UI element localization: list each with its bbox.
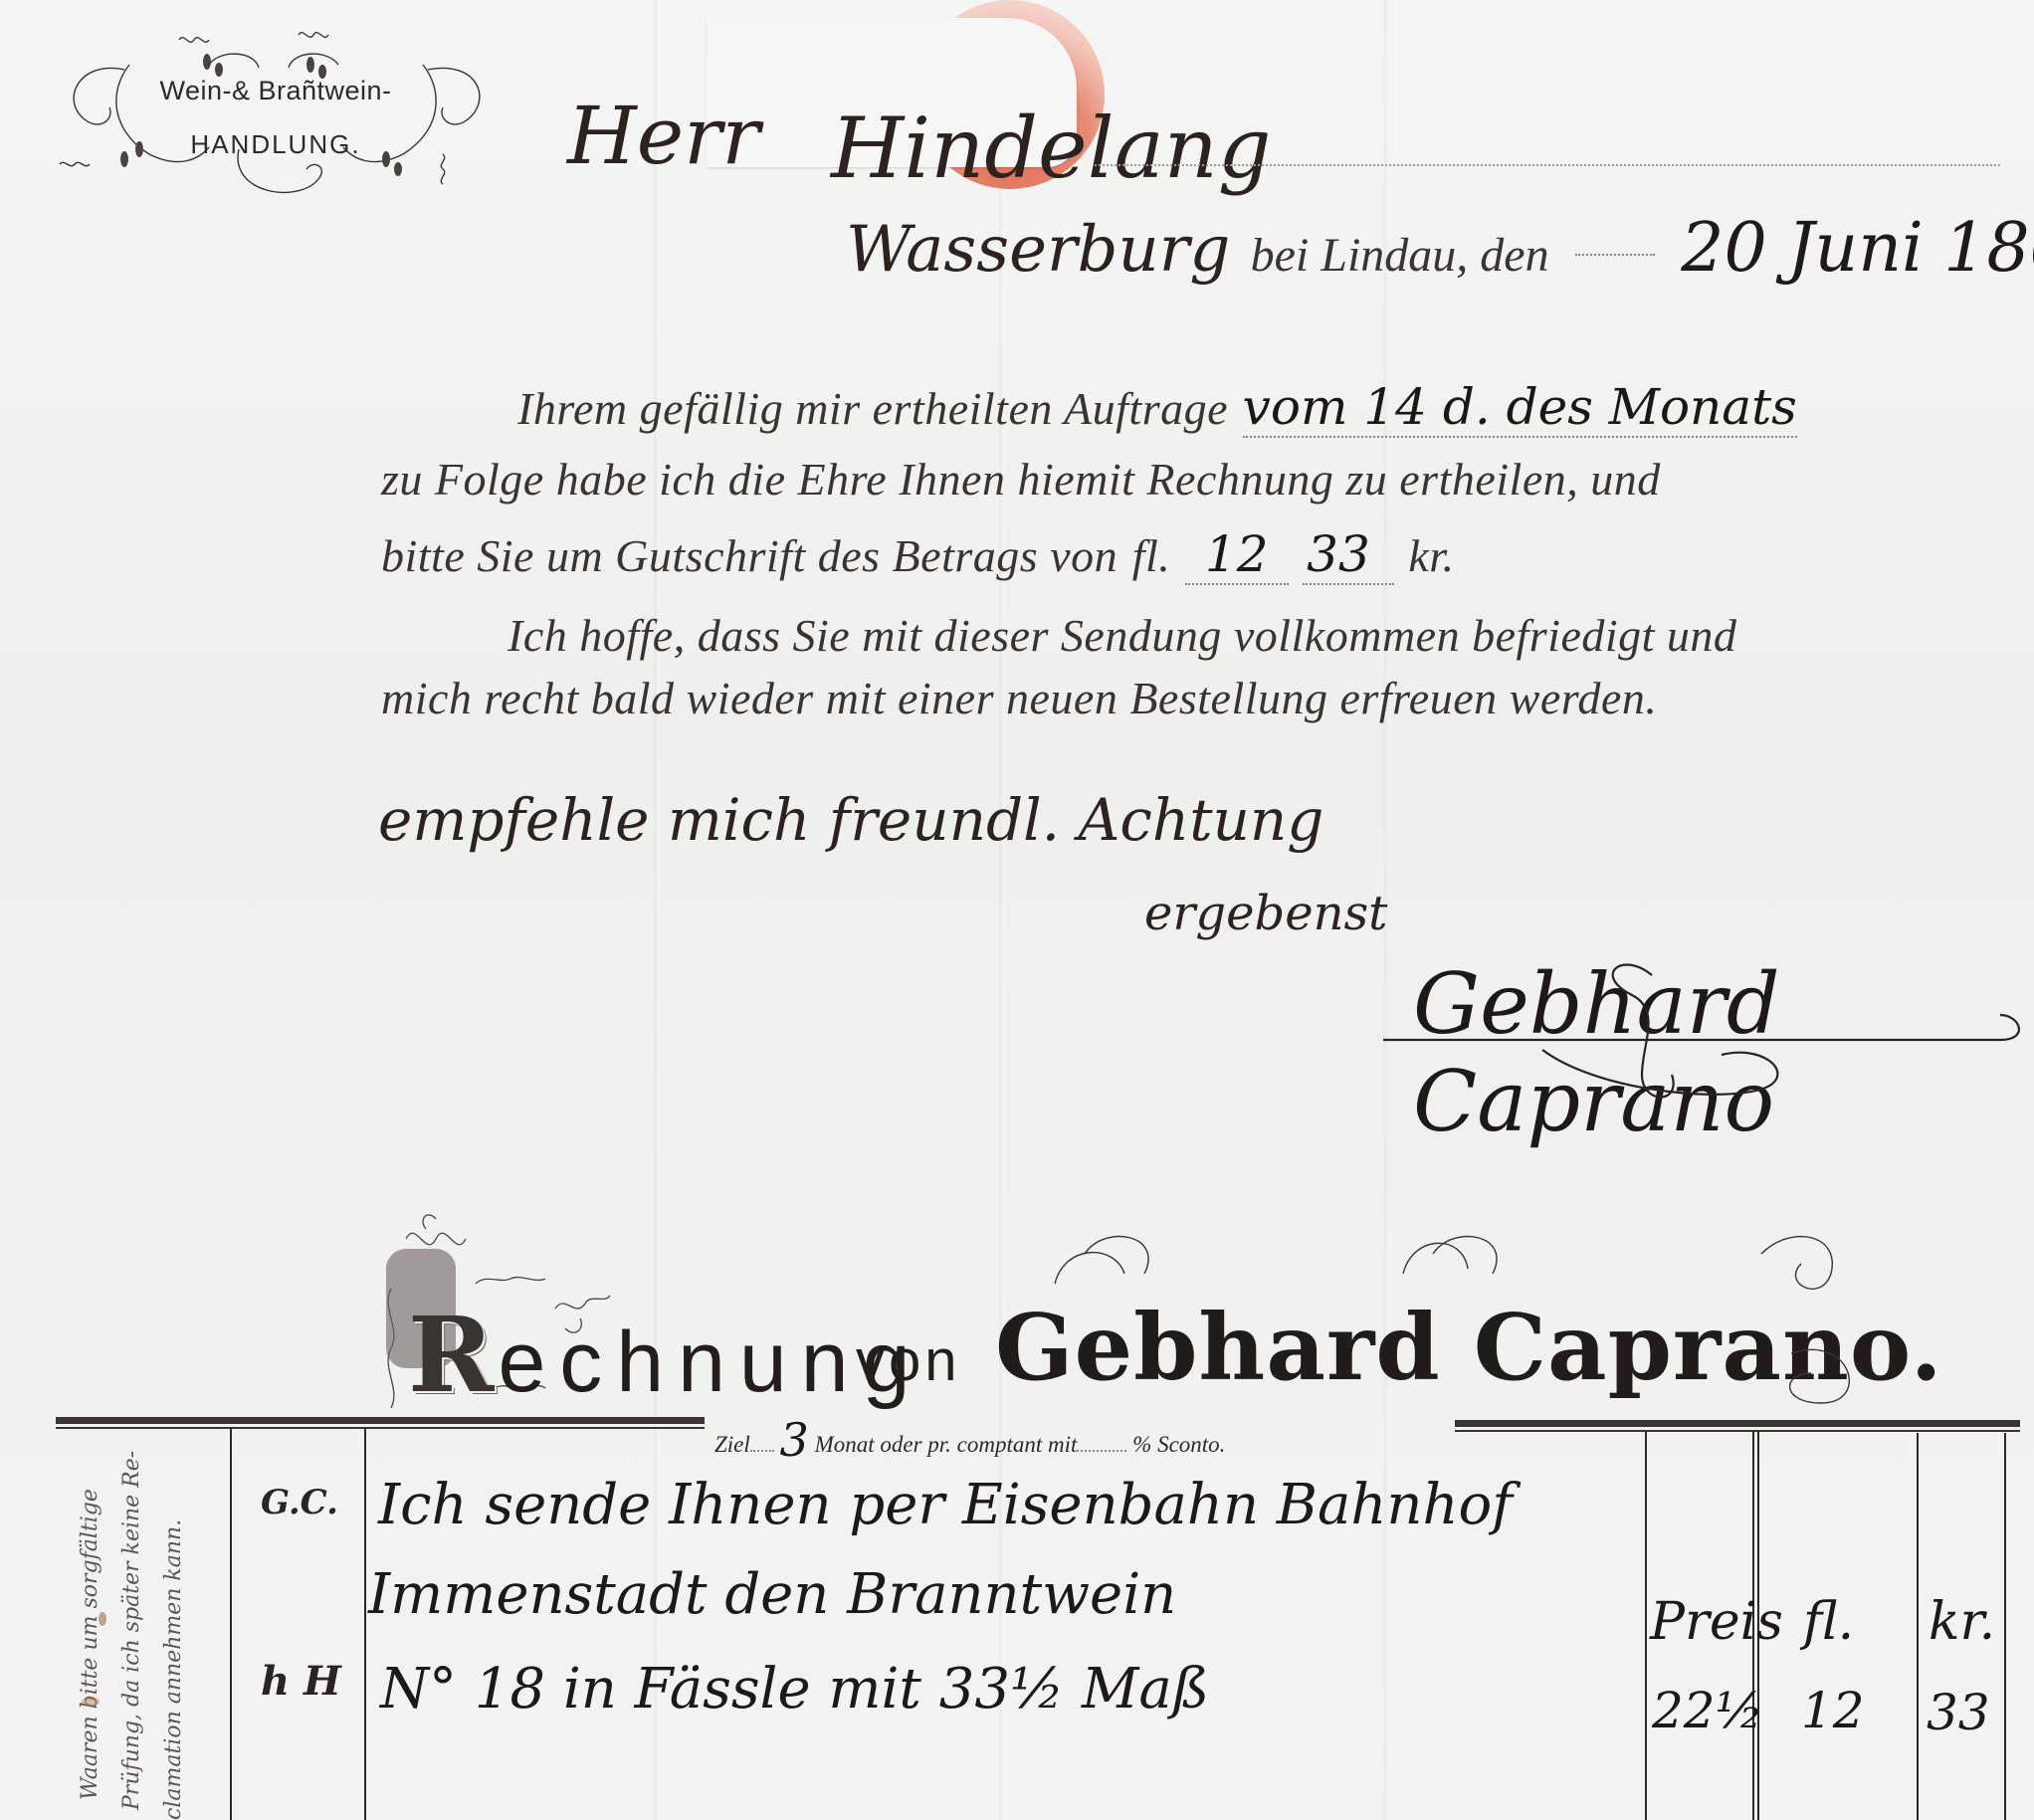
line-item-price: 22½ <box>1652 1682 1763 1739</box>
currency-kr-label: kr. <box>1408 530 1454 581</box>
rechnung-title: Rechnung <box>408 1294 923 1416</box>
closing-phrase: empfehle mich freundl. Achtung <box>378 786 1323 854</box>
valediction: ergebenst <box>1144 886 1387 941</box>
dotted-fill <box>750 1450 774 1452</box>
printed-text: bitte Sie um Gutschrift des Betrags von <box>381 530 1118 581</box>
date-month: Juni <box>1787 209 1924 288</box>
rechnung-initial: R <box>408 1294 498 1416</box>
von-word: von <box>856 1327 961 1394</box>
salutation: Herr <box>567 90 760 182</box>
gc-column-header: G.C. <box>261 1483 338 1522</box>
letterhead-line1: Wein-& Brañtwein- <box>121 76 430 106</box>
letterhead-cartouche: Wein-& Brañtwein- HANDLUNG. <box>40 20 508 209</box>
heading-rule-thick <box>1455 1420 2020 1427</box>
side-note-line: clamation annehmen kann. <box>153 1413 195 1820</box>
printed-text: Ihrem gefällig mir ertheilten Auftrage <box>517 383 1228 434</box>
paragraph1-line2: zu Folge habe ich die Ehre Ihnen hiemit … <box>381 453 1661 506</box>
description-line: N° 18 in Fässle mit 33½ Maß <box>380 1657 1209 1721</box>
order-date-filled: vom 14 d. des Monats <box>1243 378 1797 438</box>
gc-marks: h H <box>261 1658 341 1705</box>
place-date-line: Wasserburg bei Lindau, den 20 Juni 1866 <box>846 209 2034 288</box>
monat-text: Monat oder pr. comptant mit <box>815 1432 1078 1457</box>
recipient-dotted-line <box>1095 164 2000 166</box>
currency-fl-label: fl. <box>1132 530 1171 581</box>
date-year: 1866 <box>1943 209 2034 288</box>
side-note-rotated: Waaren bitte um sorgfältige Prüfung, da … <box>70 1413 195 1820</box>
recipient-name: Hindelang <box>831 100 1272 197</box>
ink-stain <box>99 1612 106 1626</box>
dotted-fill <box>1077 1450 1126 1452</box>
table-column-divider <box>1917 1433 1919 1820</box>
table-column-divider <box>230 1427 232 1820</box>
price-column-header: Preis <box>1650 1592 1783 1652</box>
heading-flourish-icon <box>1025 1224 1921 1423</box>
place-handwritten: Wasserburg <box>846 213 1230 287</box>
paragraph1-line3: bitte Sie um Gutschrift des Betrags von … <box>381 525 1455 583</box>
letterhead-line2: HANDLUNG. <box>121 129 430 160</box>
table-column-divider <box>364 1427 366 1820</box>
paragraph1-line1: Ihrem gefällig mir ertheilten Auftrage v… <box>517 378 1797 436</box>
heading-rule-thin <box>1455 1430 2020 1432</box>
table-line <box>56 1427 58 1428</box>
payment-terms: Ziel 3 Monat oder pr. comptant mit % Sco… <box>714 1413 1225 1467</box>
side-note: Waaren bitte um sorgfältige Prüfung, da … <box>70 1413 219 1820</box>
description-line: Ich sende Ihnen per Eisenbahn Bahnhof <box>378 1473 1513 1537</box>
date-day: 20 <box>1681 209 1767 288</box>
side-note-line: Prüfung, da ich später keine Re- <box>111 1413 153 1820</box>
ziel-label: Ziel <box>714 1432 750 1457</box>
description-line: Immenstadt den Branntwein <box>368 1562 1176 1627</box>
dotted-fill <box>1575 254 1655 256</box>
place-printed: bei Lindau, den <box>1251 229 1549 282</box>
signature-flourish-icon <box>1343 955 2030 1154</box>
table-column-divider <box>2004 1433 2006 1820</box>
fl-column-header: fl. <box>1803 1592 1854 1652</box>
paragraph2-line2: mich recht bald wieder mit einer neuen B… <box>381 672 1657 724</box>
paragraph2-line1: Ich hoffe, dass Sie mit dieser Sendung v… <box>508 609 1736 662</box>
kr-column-header: kr. <box>1929 1592 1995 1652</box>
amount-kr: 33 <box>1303 525 1394 585</box>
line-item-kr: 33 <box>1927 1684 1990 1741</box>
line-item-fl: 12 <box>1801 1682 1865 1739</box>
amount-fl: 12 <box>1185 525 1289 585</box>
ornament-scroll-icon <box>40 20 508 209</box>
ink-stain <box>82 1697 100 1707</box>
table-column-divider <box>1645 1431 1647 1820</box>
sconto-text: % Sconto. <box>1132 1432 1225 1457</box>
ziel-value: 3 <box>780 1413 809 1467</box>
